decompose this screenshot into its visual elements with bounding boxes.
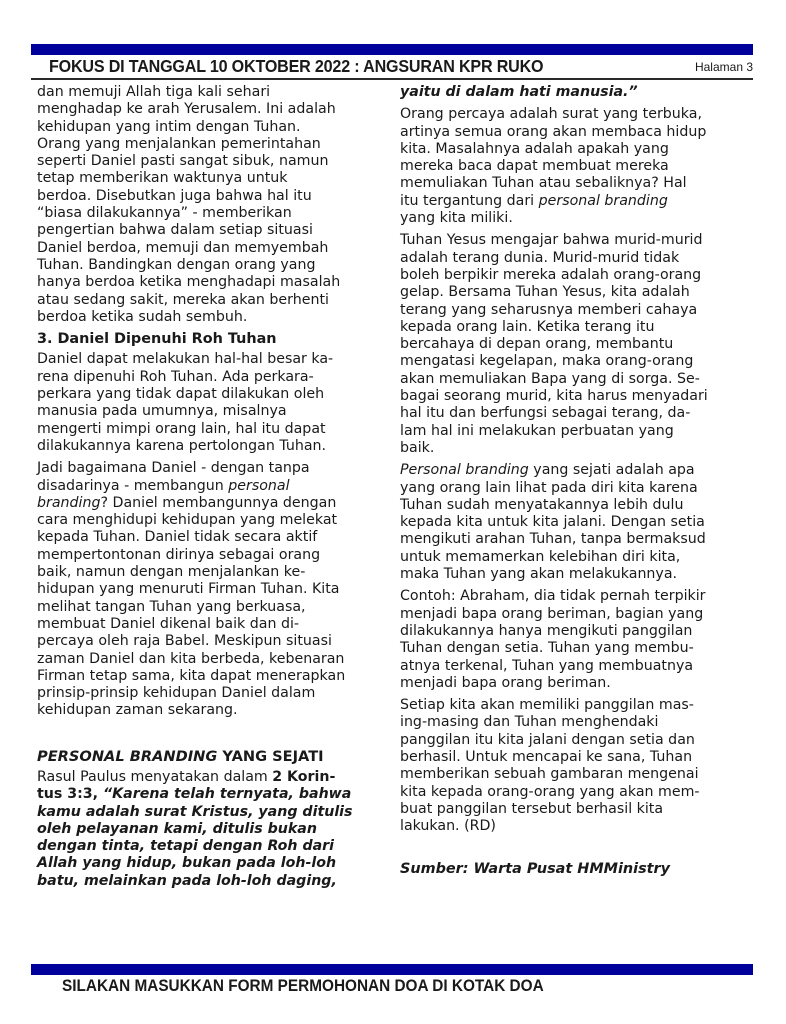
- text-line: mengatasi kegelapan, maka orang-orang: [400, 353, 750, 370]
- text-run: Rasul Paulus menyatakan dalam: [37, 769, 272, 785]
- text-line: adalah terang dunia. Murid-murid tidak: [400, 250, 750, 267]
- text-line: Rasul Paulus menyatakan dalam 2 Korin-: [37, 769, 382, 786]
- text-line: zaman Daniel dan kita berbeda, kebenaran: [37, 651, 382, 668]
- text-run: itu tergantung dari: [400, 193, 539, 209]
- text-line: maka Tuhan yang akan melakukannya.: [400, 566, 750, 583]
- text-line: menjadi bapa orang beriman.: [400, 675, 750, 692]
- text-line: panggilan itu kita jalani dengan setia d…: [400, 732, 750, 749]
- text-line: kepada orang lain. Ketika terang itu: [400, 319, 750, 336]
- text-run: disadarinya - membangun: [37, 478, 228, 494]
- scripture-quote-line: Allah yang hidup, bukan pada loh-loh: [37, 855, 382, 872]
- page-number: Halaman 3: [695, 60, 753, 74]
- text-line: Tuhan. Bandingkan dengan orang yang: [37, 257, 382, 274]
- text-line: atnya terkenal, Tuhan yang membuatnya: [400, 658, 750, 675]
- text-line: pengertian bahwa dalam setiap situasi: [37, 222, 382, 239]
- text-line: itu tergantung dari personal branding: [400, 193, 750, 210]
- text-line: mempertontonan dirinya sebagai orang: [37, 547, 382, 564]
- text-line: untuk memamerkan kelebihan diri kita,: [400, 549, 750, 566]
- italic-term: Personal branding: [400, 462, 529, 478]
- page-header: FOKUS DI TANGGAL 10 OKTOBER 2022 : ANGSU…: [31, 55, 753, 80]
- text-line: Tuhan sudah menyatakannya lebih dulu: [400, 497, 750, 514]
- text-line: bercahaya di depan orang, membantu: [400, 336, 750, 353]
- scripture-quote-line: yaitu di dalam hati manusia.”: [400, 84, 750, 101]
- text-line: perkara yang tidak dapat dilakukan oleh: [37, 386, 382, 403]
- footer-notice: SILAKAN MASUKKAN FORM PERMOHONAN DOA DI …: [62, 977, 544, 996]
- text-line: berhasil. Untuk mencapai ke sana, Tuhan: [400, 749, 750, 766]
- paragraph-abraham-example: Contoh: Abraham, dia tidak pernah terpik…: [400, 588, 750, 692]
- text-line: percaya oleh raja Babel. Meskipun situas…: [37, 633, 382, 650]
- text-line: cara menghidupi kehidupan yang melekat: [37, 512, 382, 529]
- text-line: tetap memberikan waktunya untuk: [37, 170, 382, 187]
- paragraph-true-personal-branding: Personal branding yang sejati adalah apa…: [400, 462, 750, 583]
- text-line: lam hal ini melakukan perbuatan yang: [400, 423, 750, 440]
- italic-term: branding: [37, 495, 100, 511]
- text-line: akan memuliakan Bapa yang di sorga. Se-: [400, 371, 750, 388]
- text-line: hidupan yang menuruti Firman Tuhan. Kita: [37, 581, 382, 598]
- scripture-reference: 2 Korin-: [272, 769, 335, 785]
- paragraph-open-letter: Orang percaya adalah surat yang terbuka,…: [400, 106, 750, 227]
- italic-term: personal branding: [539, 193, 668, 209]
- text-line: “biasa dilakukannya” - memberikan: [37, 205, 382, 222]
- text-line: branding? Daniel membangunnya dengan: [37, 495, 382, 512]
- text-run: ? Daniel membangunnya dengan: [100, 495, 336, 511]
- text-line: baik.: [400, 440, 750, 457]
- paragraph-personal-branding-daniel: Jadi bagaimana Daniel - dengan tanpa dis…: [37, 460, 382, 719]
- paragraph-2-corinthians: Rasul Paulus menyatakan dalam 2 Korin- t…: [37, 769, 382, 890]
- text-line: ing-masing dan Tuhan menghendaki: [400, 714, 750, 731]
- text-line: manusia pada umumnya, misalnya: [37, 403, 382, 420]
- text-line: artinya semua orang akan membaca hidup: [400, 124, 750, 141]
- text-line: rena dipenuhi Roh Tuhan. Ada perkara-: [37, 369, 382, 386]
- heading-plain-part: YANG SEJATI: [217, 748, 323, 765]
- text-line: baik, namun dengan menjalankan ke-: [37, 564, 382, 581]
- text-line: disadarinya - membangun personal: [37, 478, 382, 495]
- text-line: hanya berdoa ketika menghadapi masalah: [37, 274, 382, 291]
- paragraph-holy-spirit: Daniel dapat melakukan hal-hal besar ka-…: [37, 351, 382, 455]
- page-title: FOKUS DI TANGGAL 10 OKTOBER 2022 : ANGSU…: [49, 56, 543, 77]
- text-line: yang kita miliki.: [400, 210, 750, 227]
- text-line: kita kepada orang-orang yang akan mem-: [400, 784, 750, 801]
- heading-italic-part: PERSONAL BRANDING: [37, 748, 217, 765]
- scripture-quote-line: batu, melainkan pada loh-loh daging,: [37, 873, 382, 890]
- text-line: yang orang lain lihat pada diri kita kar…: [400, 480, 750, 497]
- text-line: mereka baca dapat membuat mereka: [400, 158, 750, 175]
- text-line: Jadi bagaimana Daniel - dengan tanpa: [37, 460, 382, 477]
- text-line: menghadap ke arah Yerusalem. Ini adalah: [37, 101, 382, 118]
- text-line: mengerti mimpi orang lain, hal itu dapat: [37, 421, 382, 438]
- text-line: Daniel dapat melakukan hal-hal besar ka-: [37, 351, 382, 368]
- left-column: dan memuji Allah tiga kali sehari mengha…: [37, 84, 382, 895]
- text-line: melihat tangan Tuhan yang berkuasa,: [37, 599, 382, 616]
- text-line: bagai seorang murid, kita harus menyadar…: [400, 388, 750, 405]
- text-line: menjadi bapa orang beriman, bagian yang: [400, 606, 750, 623]
- text-line: prinsip-prinsip kehidupan Daniel dalam: [37, 685, 382, 702]
- text-line: membuat Daniel dikenal baik dan di-: [37, 616, 382, 633]
- text-line: lakukan. (RD): [400, 818, 750, 835]
- text-line: mengikuti arahan Tuhan, tanpa bermaksud: [400, 531, 750, 548]
- scripture-quote-line: dengan tinta, tetapi dengan Roh dari: [37, 838, 382, 855]
- source-credit: Sumber: Warta Pusat HMMinistry: [400, 861, 750, 878]
- text-line: dilakukannya hanya mengikuti panggilan: [400, 623, 750, 640]
- paragraph-daniel-prayer: dan memuji Allah tiga kali sehari mengha…: [37, 84, 382, 326]
- text-line: Contoh: Abraham, dia tidak pernah terpik…: [400, 588, 750, 605]
- scripture-quote: “Karena telah ternyata, bahwa: [98, 786, 351, 802]
- text-line: buat panggilan tersebut berhasil kita: [400, 801, 750, 818]
- text-line: kita. Masalahnya adalah apakah yang: [400, 141, 750, 158]
- top-accent-bar: [31, 44, 753, 55]
- text-line: berdoa. Disebutkan juga bahwa hal itu: [37, 188, 382, 205]
- scripture-quote-line: kamu adalah surat Kristus, yang ditulis: [37, 804, 382, 821]
- bottom-accent-bar: [31, 964, 753, 975]
- scripture-reference: tus 3:3,: [37, 786, 98, 802]
- text-line: atau sedang sakit, mereka akan berhenti: [37, 292, 382, 309]
- paragraph-calling: Setiap kita akan memiliki panggilan mas-…: [400, 697, 750, 835]
- text-line: Personal branding yang sejati adalah apa: [400, 462, 750, 479]
- text-line: Tuhan Yesus mengajar bahwa murid-murid: [400, 232, 750, 249]
- paragraph-light-of-world: Tuhan Yesus mengajar bahwa murid-murid a…: [400, 232, 750, 457]
- text-line: kehidupan zaman sekarang.: [37, 702, 382, 719]
- text-line: hal itu dan berfungsi sebagai terang, da…: [400, 405, 750, 422]
- text-line: dan memuji Allah tiga kali sehari: [37, 84, 382, 101]
- text-line: gelap. Bersama Tuhan Yesus, kita adalah: [400, 284, 750, 301]
- text-line: kepada Tuhan. Daniel tidak secara aktif: [37, 529, 382, 546]
- text-line: kehidupan yang intim dengan Tuhan.: [37, 119, 382, 136]
- text-line: Orang percaya adalah surat yang terbuka,: [400, 106, 750, 123]
- text-run: yang sejati adalah apa: [529, 462, 695, 478]
- scripture-quote-end: yaitu di dalam hati manusia.”: [400, 84, 750, 101]
- text-line: Firman tetap sama, kita dapat menerapkan: [37, 668, 382, 685]
- text-line: boleh berpikir mereka adalah orang-orang: [400, 267, 750, 284]
- text-line: memuliakan Tuhan atau sebaliknya? Hal: [400, 175, 750, 192]
- text-line: berdoa ketika sudah sembuh.: [37, 309, 382, 326]
- section-heading-3: 3. Daniel Dipenuhi Roh Tuhan: [37, 331, 382, 348]
- scripture-quote-line: oleh pelayanan kami, ditulis bukan: [37, 821, 382, 838]
- section-heading-personal-branding: PERSONAL BRANDING YANG SEJATI: [37, 748, 382, 765]
- text-line: kepada kita untuk kita jalani. Dengan se…: [400, 514, 750, 531]
- text-line: dilakukannya karena pertolongan Tuhan.: [37, 438, 382, 455]
- right-column: yaitu di dalam hati manusia.” Orang perc…: [400, 84, 750, 879]
- text-line: Daniel berdoa, memuji dan memyembah: [37, 240, 382, 257]
- text-line: Tuhan dengan setia. Tuhan yang membu-: [400, 640, 750, 657]
- text-line: terang yang seharusnya memberi cahaya: [400, 302, 750, 319]
- text-line: memberikan sebuah gambaran mengenai: [400, 766, 750, 783]
- italic-term: personal: [228, 478, 289, 494]
- text-line: Setiap kita akan memiliki panggilan mas-: [400, 697, 750, 714]
- text-line: seperti Daniel pasti sangat sibuk, namun: [37, 153, 382, 170]
- text-line: Orang yang menjalankan pemerintahan: [37, 136, 382, 153]
- text-line: tus 3:3, “Karena telah ternyata, bahwa: [37, 786, 382, 803]
